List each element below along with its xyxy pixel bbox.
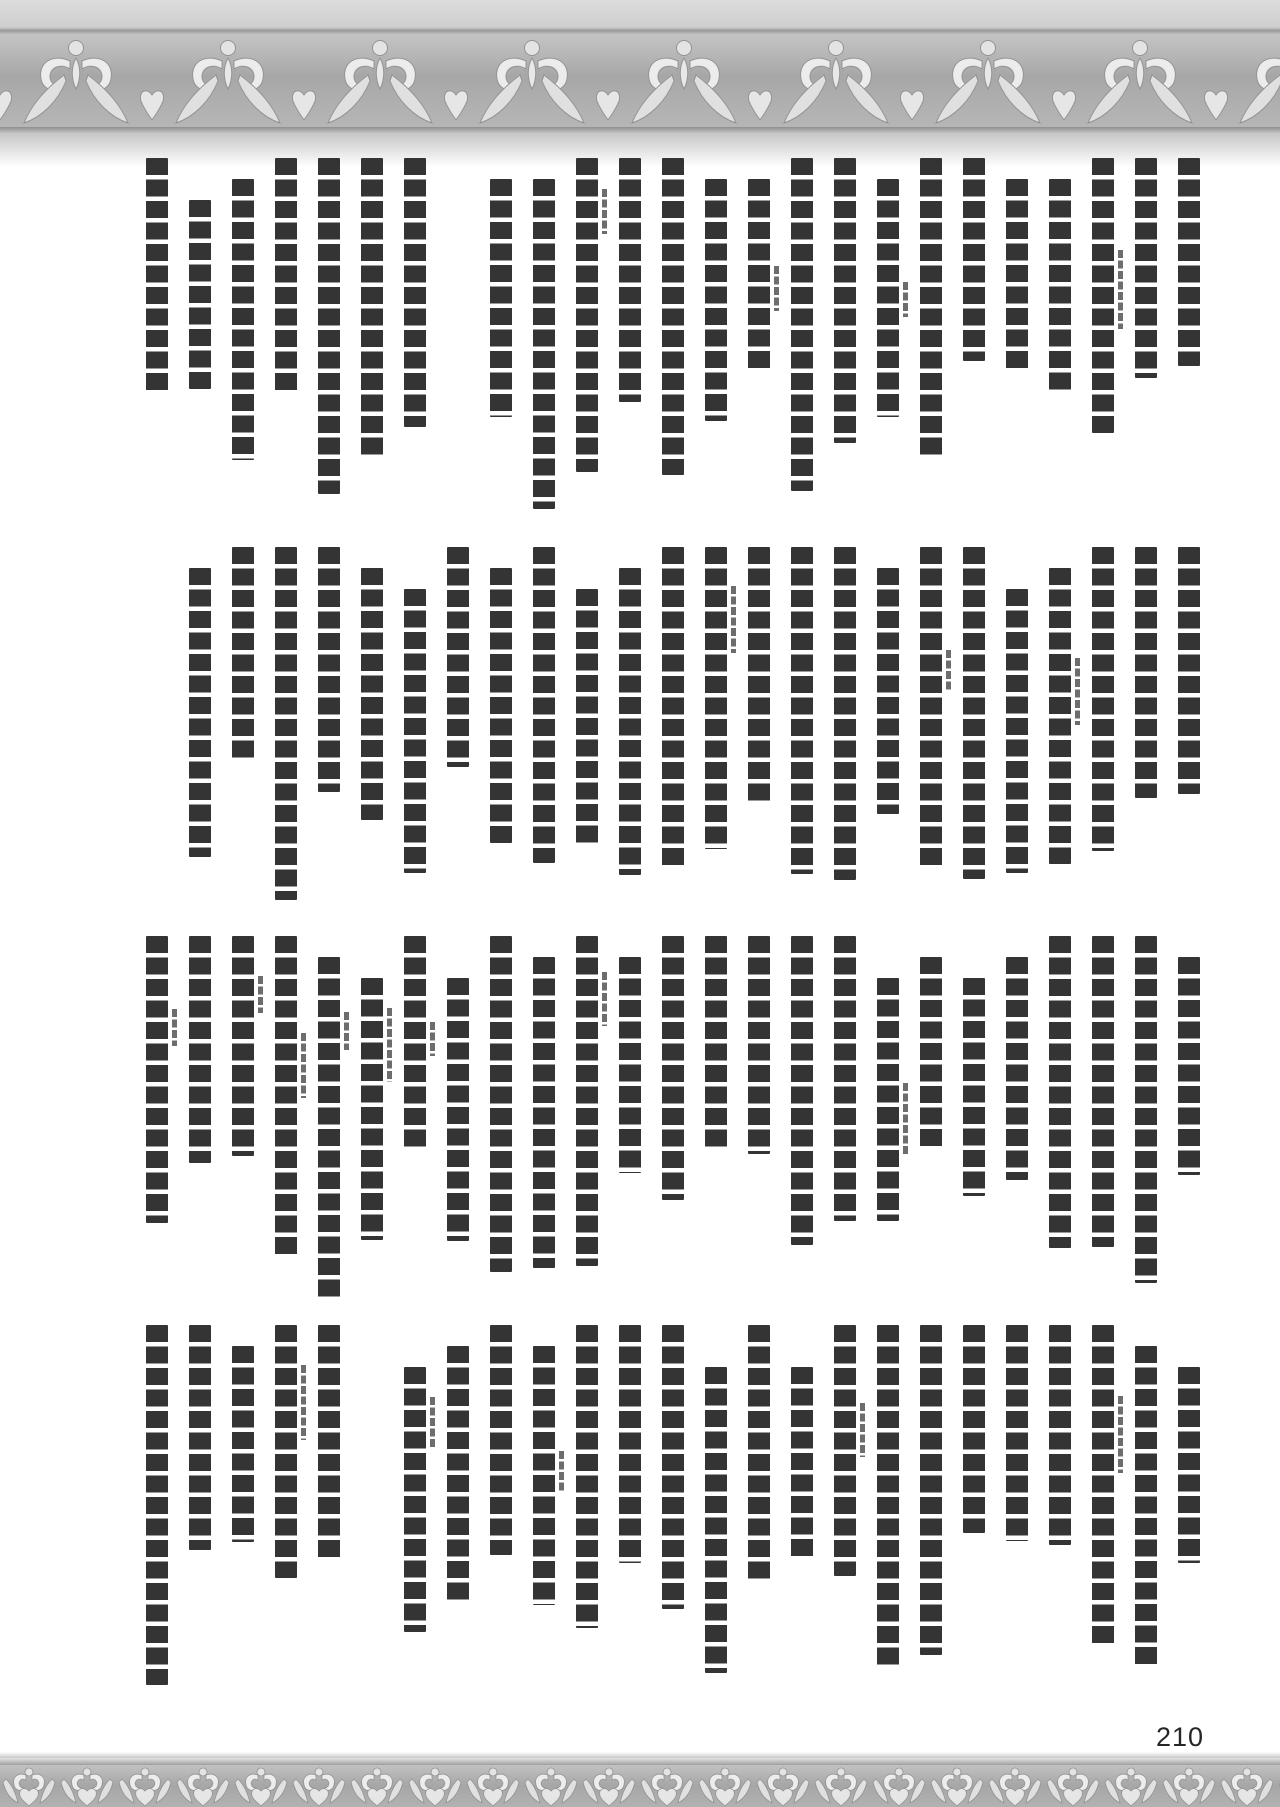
greeked-text-line: [1092, 547, 1114, 851]
furigana-ruby-bar: [301, 1033, 306, 1098]
furigana-ruby-bar: [602, 189, 607, 234]
text-column: [705, 1325, 727, 1687]
greeked-text-line: [1178, 158, 1200, 366]
greeked-text-line: [1092, 158, 1114, 433]
furigana-ruby-bar: [387, 1008, 392, 1082]
greeked-text-line: [920, 1325, 942, 1655]
text-column: [1049, 1325, 1071, 1687]
text-column: [877, 158, 899, 520]
furigana-ruby-bar: [430, 1397, 435, 1449]
text-column: [447, 936, 469, 1298]
text-column: [920, 1325, 942, 1687]
text-column: [834, 936, 856, 1298]
text-column: [232, 158, 254, 520]
text-column: [576, 936, 598, 1298]
text-column: [963, 547, 985, 909]
text-column: [576, 547, 598, 909]
greeked-text-line: [318, 957, 340, 1297]
text-column: [275, 936, 297, 1298]
furigana-ruby-bar: [774, 266, 779, 311]
greeked-text-line: [662, 547, 684, 867]
text-column: [791, 158, 813, 520]
greeked-text-line: [318, 1325, 340, 1560]
greeked-text-line: [404, 1367, 426, 1632]
greeked-text-line: [877, 179, 899, 417]
text-column: [834, 158, 856, 520]
greeked-text-line: [318, 158, 340, 494]
greeked-text-line: [963, 547, 985, 879]
greeked-text-line: [576, 936, 598, 1266]
top-border-strip: [0, 0, 1280, 27]
text-column: [791, 936, 813, 1298]
greeked-text-line: [662, 936, 684, 1200]
greeked-text-line: [877, 1325, 899, 1668]
text-column: [447, 158, 469, 520]
greeked-text-line: [834, 936, 856, 1221]
text-column: [877, 547, 899, 909]
greeked-text-line: [232, 179, 254, 460]
greeked-text-line: [361, 158, 383, 459]
greeked-text-line: [963, 1325, 985, 1533]
text-column: [748, 547, 770, 909]
page-number: 210: [1150, 1722, 1210, 1753]
text-column: [404, 1325, 426, 1687]
text-column: [189, 936, 211, 1298]
text-column: [146, 547, 168, 909]
furigana-ruby-bar: [946, 650, 951, 690]
bottom-ornament-border: [0, 1752, 1280, 1807]
text-column: [920, 158, 942, 520]
greeked-text-line: [447, 978, 469, 1241]
greeked-text-line: [146, 1325, 168, 1685]
greeked-text-line: [1049, 936, 1071, 1248]
text-column: [361, 936, 383, 1298]
text-column: [619, 547, 641, 909]
text-column: [834, 547, 856, 909]
greeked-text-line: [1135, 936, 1157, 1283]
text-column: [576, 1325, 598, 1687]
text-column: [146, 158, 168, 520]
greeked-text-line: [791, 1367, 813, 1558]
greeked-text-line: [232, 547, 254, 762]
text-column: [791, 547, 813, 909]
text-column: [1006, 936, 1028, 1298]
greeked-text-line: [490, 1325, 512, 1555]
greeked-text-line: [576, 158, 598, 472]
greeked-text-line: [1049, 568, 1071, 864]
text-band: [115, 1325, 1200, 1687]
greeked-text-line: [275, 936, 297, 1256]
greeked-text-line: [1006, 957, 1028, 1180]
text-column: [705, 158, 727, 520]
top-ornament-border: [0, 0, 1280, 167]
greeked-text-line: [490, 179, 512, 417]
greeked-text-line: [1049, 1325, 1071, 1545]
greeked-text-line: [834, 1325, 856, 1576]
text-column: [318, 158, 340, 520]
greeked-text-line: [877, 978, 899, 1221]
text-column: [404, 936, 426, 1298]
text-column: [189, 547, 211, 909]
furigana-ruby-bar: [1075, 658, 1080, 725]
text-column: [834, 1325, 856, 1687]
greeked-text-line: [748, 179, 770, 369]
furigana-ruby-bar: [602, 972, 607, 1026]
text-column: [1006, 547, 1028, 909]
greeked-text-line: [1178, 1367, 1200, 1563]
text-column: [576, 158, 598, 520]
greeked-text-line: [404, 936, 426, 1147]
text-column: [1135, 158, 1157, 520]
text-column: [619, 936, 641, 1298]
text-column: [619, 158, 641, 520]
text-column: [447, 1325, 469, 1687]
furigana-ruby-bar: [301, 1365, 306, 1440]
greeked-text-line: [146, 936, 168, 1223]
greeked-text-line: [834, 547, 856, 880]
text-column: [963, 1325, 985, 1687]
greeked-text-line: [877, 568, 899, 814]
text-column: [1049, 936, 1071, 1298]
text-column: [705, 936, 727, 1298]
greeked-text-line: [662, 1325, 684, 1609]
text-column: [490, 1325, 512, 1687]
top-border-molding: [0, 27, 1280, 35]
text-column: [490, 158, 512, 520]
greeked-text-line: [146, 158, 168, 394]
greeked-text-line: [275, 547, 297, 900]
text-column: [791, 1325, 813, 1687]
greeked-text-line: [189, 1325, 211, 1550]
text-column: [1178, 547, 1200, 909]
greeked-text-line: [662, 158, 684, 475]
furigana-ruby-bar: [430, 1022, 435, 1056]
greeked-text-line: [189, 936, 211, 1163]
greeked-text-line: [963, 158, 985, 361]
text-column: [920, 547, 942, 909]
text-column: [189, 1325, 211, 1687]
text-column: [318, 936, 340, 1298]
greeked-text-line: [1049, 179, 1071, 391]
text-band: [115, 158, 1200, 520]
greeked-text-line: [619, 957, 641, 1173]
furigana-ruby-bar: [258, 976, 263, 1013]
text-column: [662, 547, 684, 909]
greeked-text-line: [318, 547, 340, 792]
text-column: [1135, 1325, 1157, 1687]
text-column: [1049, 158, 1071, 520]
greeked-text-line: [232, 936, 254, 1156]
greeked-text-line: [791, 936, 813, 1245]
greeked-text-line: [705, 1367, 727, 1673]
text-column: [275, 547, 297, 909]
text-column: [232, 936, 254, 1298]
bottom-border-molding: [0, 1758, 1280, 1765]
greeked-text-line: [1006, 589, 1028, 873]
greeked-text-line: [1092, 936, 1114, 1247]
text-column: [1178, 158, 1200, 520]
text-column: [189, 158, 211, 520]
text-column: [963, 158, 985, 520]
text-column: [1049, 547, 1071, 909]
greeked-text-line: [1006, 1325, 1028, 1541]
greeked-text-line: [275, 1325, 297, 1578]
greeked-text-line: [705, 936, 727, 1149]
greeked-text-line: [619, 1325, 641, 1563]
furigana-ruby-bar: [731, 586, 736, 653]
greeked-text-line: [533, 179, 555, 509]
greeked-text-line: [1135, 158, 1157, 378]
text-column: [146, 936, 168, 1298]
greeked-text-line: [232, 1346, 254, 1542]
greeked-text-line: [447, 547, 469, 767]
text-column: [1092, 158, 1114, 520]
greeked-text-line: [490, 936, 512, 1272]
text-column: [404, 158, 426, 520]
furigana-ruby-bar: [903, 1083, 908, 1156]
palmette-frieze-icon: [0, 35, 1280, 127]
greeked-text-line: [533, 957, 555, 1268]
greeked-text-line: [705, 179, 727, 421]
furigana-ruby-bar: [172, 1009, 177, 1046]
greeked-text-line: [404, 158, 426, 427]
greeked-text-line: [1135, 547, 1157, 798]
furigana-ruby-bar: [1118, 1396, 1123, 1473]
small-palmette-frieze-icon: [0, 1765, 1280, 1807]
text-column: [447, 547, 469, 909]
text-column: [232, 547, 254, 909]
greeked-text-line: [791, 547, 813, 874]
greeked-text-line: [963, 978, 985, 1196]
text-column: [748, 1325, 770, 1687]
furigana-ruby-bar: [1118, 250, 1123, 329]
text-column: [318, 1325, 340, 1687]
text-column: [1006, 1325, 1028, 1687]
text-column: [662, 1325, 684, 1687]
greeked-text-line: [748, 936, 770, 1154]
text-column: [1135, 936, 1157, 1298]
greeked-text-line: [404, 589, 426, 873]
text-column: [533, 547, 555, 909]
text-band: [115, 936, 1200, 1298]
text-column: [404, 547, 426, 909]
text-column: [232, 1325, 254, 1687]
text-column: [361, 1325, 383, 1687]
text-column: [361, 547, 383, 909]
greeked-text-line: [533, 1346, 555, 1605]
text-column: [619, 1325, 641, 1687]
greeked-text-line: [920, 957, 942, 1150]
text-column: [275, 1325, 297, 1687]
text-column: [920, 936, 942, 1298]
text-column: [533, 158, 555, 520]
greeked-text-line: [361, 978, 383, 1240]
greeked-text-line: [490, 568, 512, 843]
text-column: [877, 1325, 899, 1687]
text-column: [490, 936, 512, 1298]
text-column: [490, 547, 512, 909]
text-column: [1178, 1325, 1200, 1687]
greeked-text-line: [1092, 1325, 1114, 1646]
greeked-text-line: [920, 158, 942, 459]
text-column: [1006, 158, 1028, 520]
greeked-text-line: [189, 200, 211, 389]
text-column: [1092, 547, 1114, 909]
text-band: [115, 547, 1200, 909]
greeked-text-line: [1178, 957, 1200, 1175]
greeked-text-line: [533, 547, 555, 863]
text-column: [662, 936, 684, 1298]
greeked-text-line: [576, 589, 598, 844]
greeked-text-line: [189, 568, 211, 857]
text-column: [748, 936, 770, 1298]
furigana-ruby-bar: [344, 1012, 349, 1050]
greeked-text-line: [361, 568, 383, 820]
text-column: [361, 158, 383, 520]
text-column: [705, 547, 727, 909]
greeked-text-line: [1006, 179, 1028, 369]
text-column: [1092, 936, 1114, 1298]
text-column: [533, 936, 555, 1298]
greeked-text-line: [275, 158, 297, 392]
greeked-text-line: [834, 158, 856, 443]
greeked-text-line: [791, 158, 813, 491]
greeked-text-line: [619, 158, 641, 402]
text-column: [748, 158, 770, 520]
greeked-text-line: [1178, 547, 1200, 794]
greeked-text-line: [748, 547, 770, 805]
furigana-ruby-bar: [903, 282, 908, 317]
greeked-text-line: [619, 568, 641, 875]
text-column: [1092, 1325, 1114, 1687]
furigana-ruby-bar: [860, 1403, 865, 1457]
text-column: [533, 1325, 555, 1687]
furigana-ruby-bar: [559, 1451, 564, 1492]
greeked-text-line: [705, 547, 727, 849]
text-column: [1135, 547, 1157, 909]
greeked-text-line: [1135, 1346, 1157, 1668]
greeked-text-line: [576, 1325, 598, 1628]
greeked-text-line: [920, 547, 942, 869]
text-column: [662, 158, 684, 520]
text-column: [275, 158, 297, 520]
text-column: [146, 1325, 168, 1687]
text-column: [318, 547, 340, 909]
text-column: [1178, 936, 1200, 1298]
text-column: [963, 936, 985, 1298]
text-column: [877, 936, 899, 1298]
greeked-text-line: [748, 1325, 770, 1579]
greeked-text-line: [447, 1346, 469, 1600]
